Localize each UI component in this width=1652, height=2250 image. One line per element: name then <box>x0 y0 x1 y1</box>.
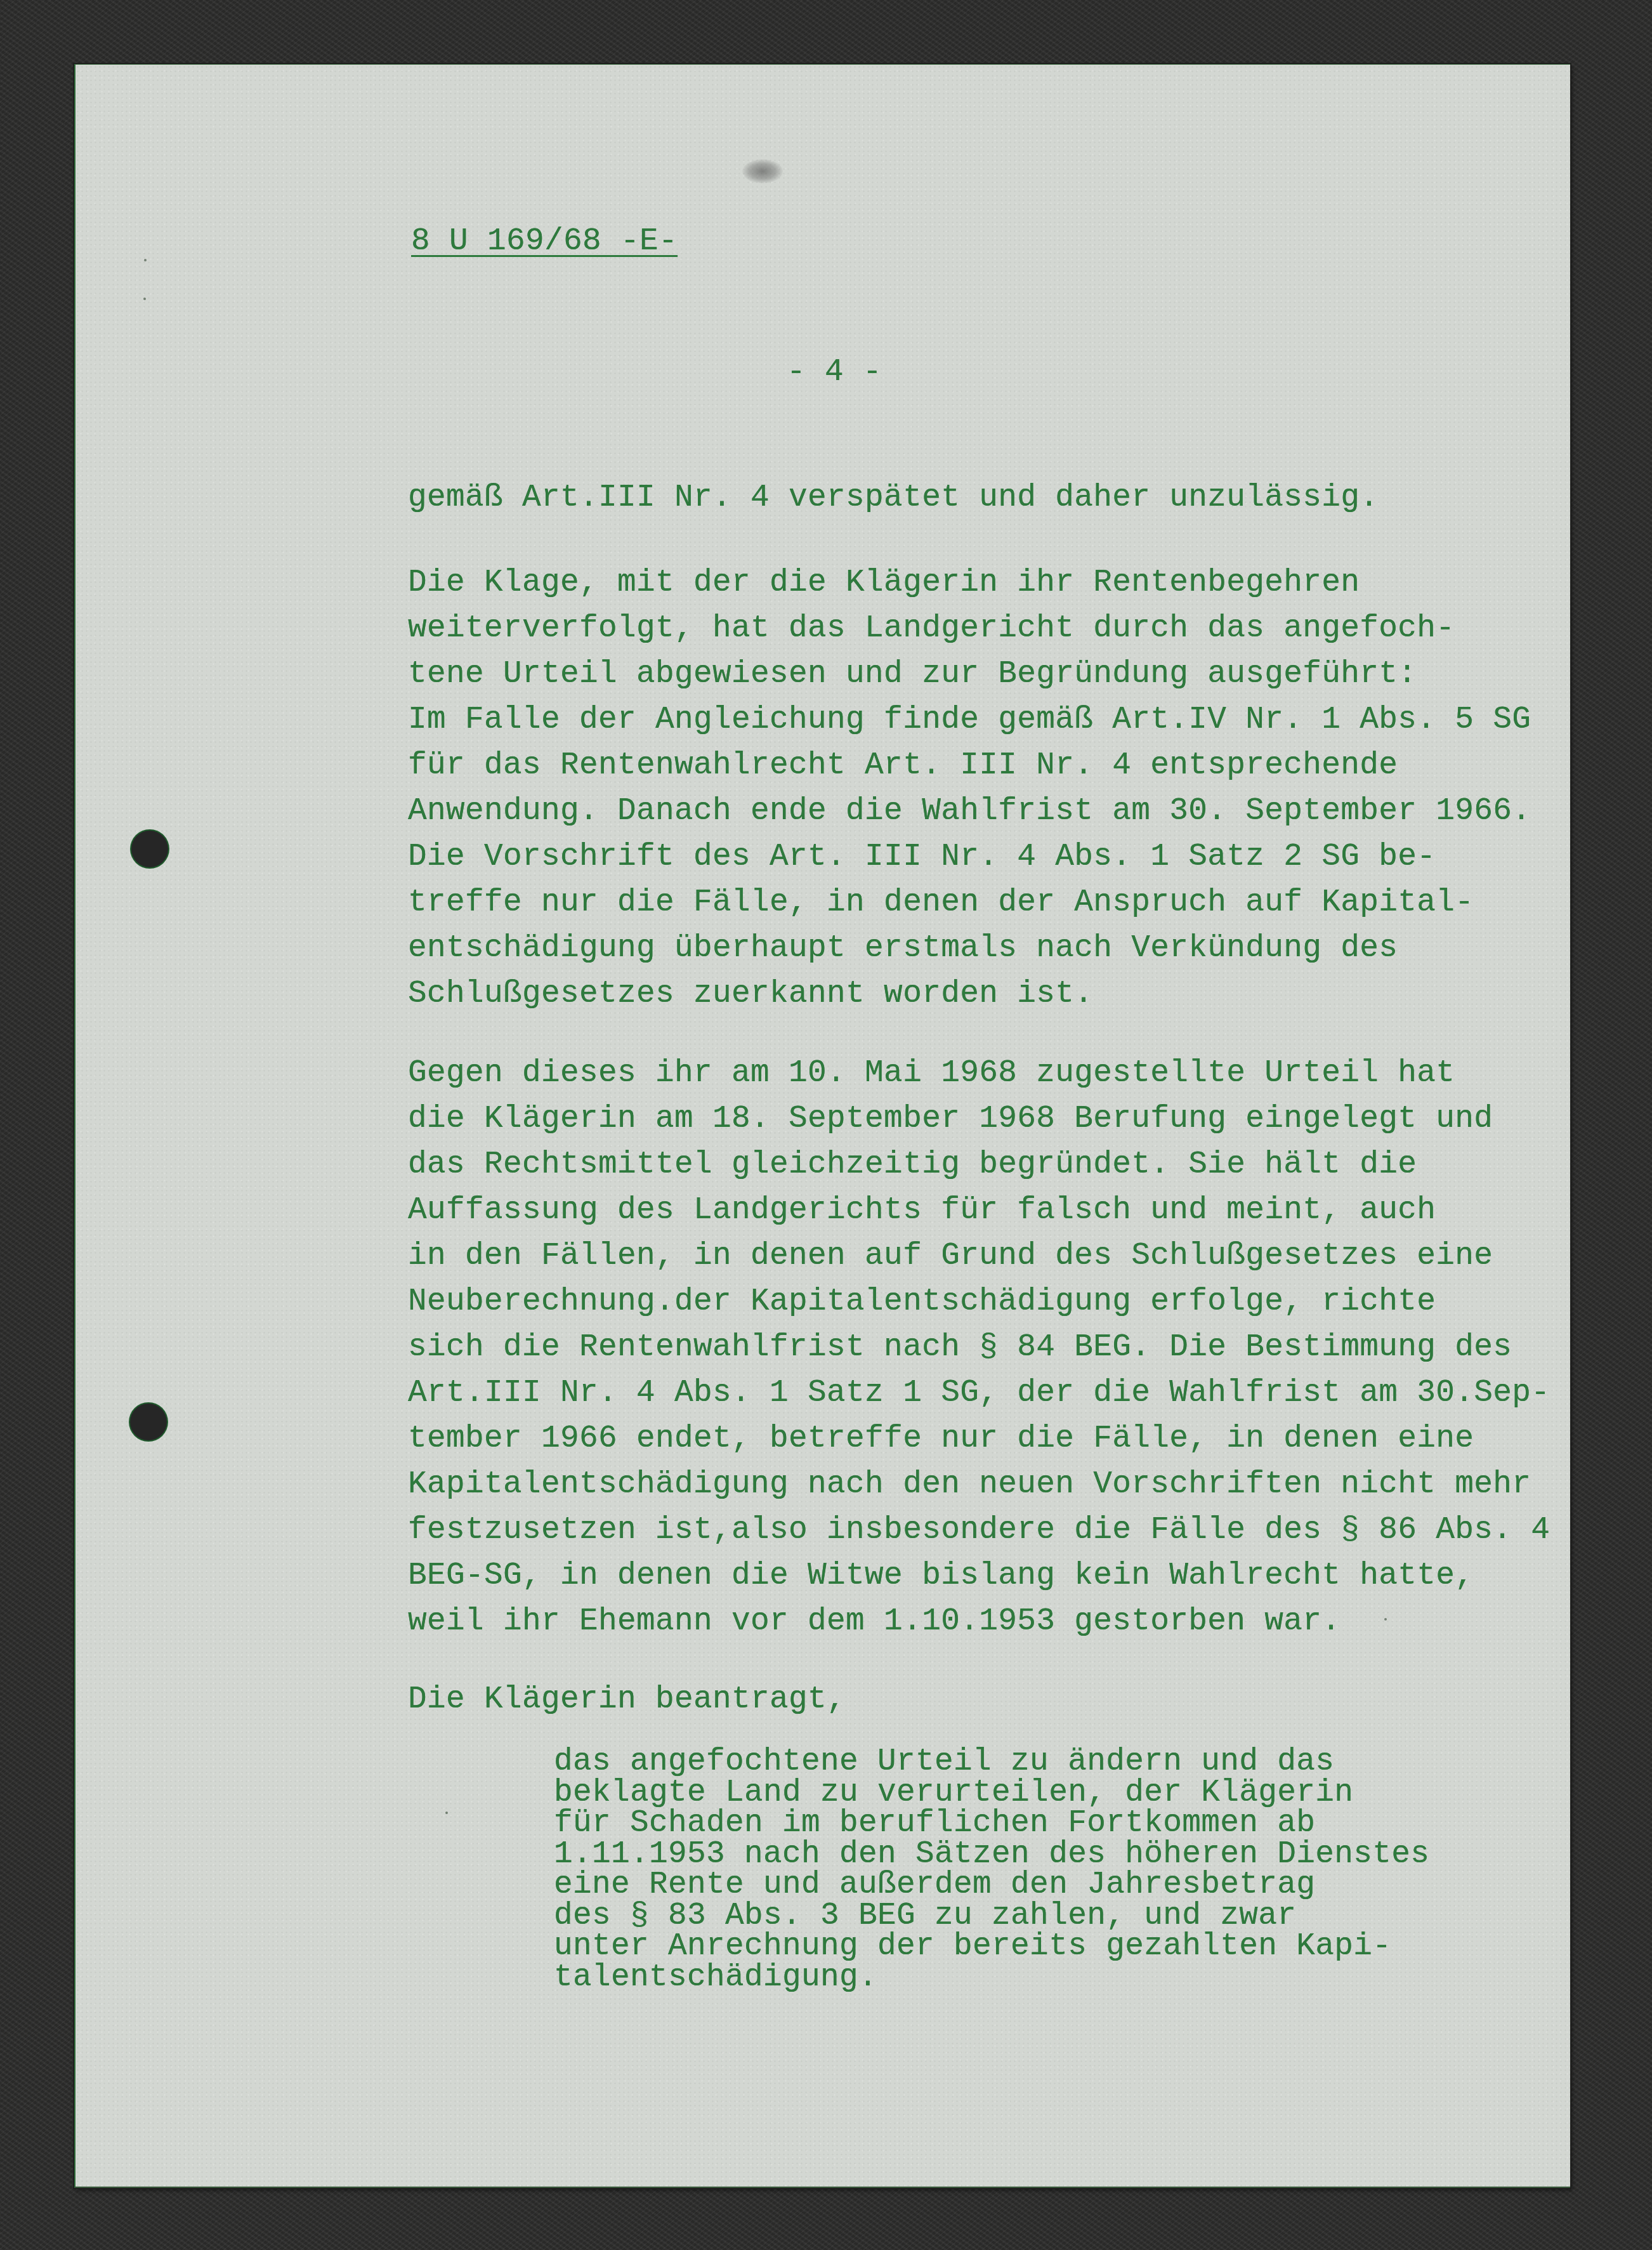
motion-line: 1.11.1953 nach den Sätzen des höheren Di… <box>554 1839 1429 1871</box>
text-line: sich die Rentenwahlfrist nach § 84 BEG. … <box>408 1332 1512 1364</box>
text-line: BEG-SG, in denen die Witwe bislang kein … <box>408 1560 1474 1592</box>
motion-line: für Schaden im beruflichen Fortkommen ab <box>554 1808 1315 1839</box>
page-number: - 4 - <box>787 357 882 388</box>
text-line: Art.III Nr. 4 Abs. 1 Satz 1 SG, der die … <box>408 1378 1550 1409</box>
text-line: für das Rentenwahlrecht Art. III Nr. 4 e… <box>408 750 1398 782</box>
motion-line: des § 83 Abs. 3 BEG zu zahlen, und zwar <box>554 1900 1296 1932</box>
text-line: das Rechtsmittel gleichzeitig begründet.… <box>408 1149 1417 1181</box>
text-line: Kapitalentschädigung nach den neuen Vors… <box>408 1469 1531 1501</box>
text-line: tember 1966 endet, betreffe nur die Fäll… <box>408 1423 1474 1455</box>
text-line: festzusetzen ist,also insbesondere die F… <box>408 1515 1550 1546</box>
text-line: Die Klägerin beantragt, <box>408 1684 846 1716</box>
text-line: Im Falle der Angleichung finde gemäß Art… <box>408 704 1531 736</box>
text-line: tene Urteil abgewiesen und zur Begründun… <box>408 659 1417 690</box>
case-reference: 8 U 169/68 -E- <box>411 226 678 258</box>
paper-speck <box>144 259 147 261</box>
text-line: Die Vorschrift des Art. III Nr. 4 Abs. 1… <box>408 841 1436 873</box>
motion-line: talentschädigung. <box>554 1962 877 1994</box>
text-line: Anwendung. Danach ende die Wahlfrist am … <box>408 796 1531 827</box>
text-line: Auffassung des Landgerichts für falsch u… <box>408 1195 1436 1227</box>
punch-hole-upper <box>131 831 168 867</box>
text-line: Neuberechnung.der Kapitalentschädigung e… <box>408 1286 1436 1318</box>
punch-hole-lower <box>130 1404 167 1440</box>
text-line: weil ihr Ehemann vor dem 1.10.1953 gesto… <box>408 1606 1341 1638</box>
paper-speck <box>445 1812 448 1814</box>
motion-line: das angefochtene Urteil zu ändern und da… <box>554 1746 1334 1778</box>
text-line: Schlußgesetzes zuerkannt worden ist. <box>408 978 1093 1010</box>
text-line: entschädigung überhaupt erstmals nach Ve… <box>408 933 1398 964</box>
motion-line: beklagte Land zu verurteilen, der Kläger… <box>554 1777 1353 1809</box>
motion-line: eine Rente und außerdem den Jahresbetrag <box>554 1869 1315 1901</box>
text-line: treffe nur die Fälle, in denen der Anspr… <box>408 887 1474 919</box>
ink-smudge <box>742 159 783 183</box>
text-line: Die Klage, mit der die Klägerin ihr Rent… <box>408 567 1360 599</box>
text-line: Gegen dieses ihr am 10. Mai 1968 zugeste… <box>408 1058 1455 1089</box>
text-line: gemäß Art.III Nr. 4 verspätet und daher … <box>408 482 1379 514</box>
text-line: in den Fällen, in denen auf Grund des Sc… <box>408 1240 1493 1272</box>
text-line: weiterverfolgt, hat das Landgericht durc… <box>408 613 1455 645</box>
paper-speck <box>1384 1618 1387 1621</box>
text-line: die Klägerin am 18. September 1968 Beruf… <box>408 1103 1493 1135</box>
motion-line: unter Anrechnung der bereits gezahlten K… <box>554 1931 1391 1963</box>
paper-speck <box>143 298 146 300</box>
